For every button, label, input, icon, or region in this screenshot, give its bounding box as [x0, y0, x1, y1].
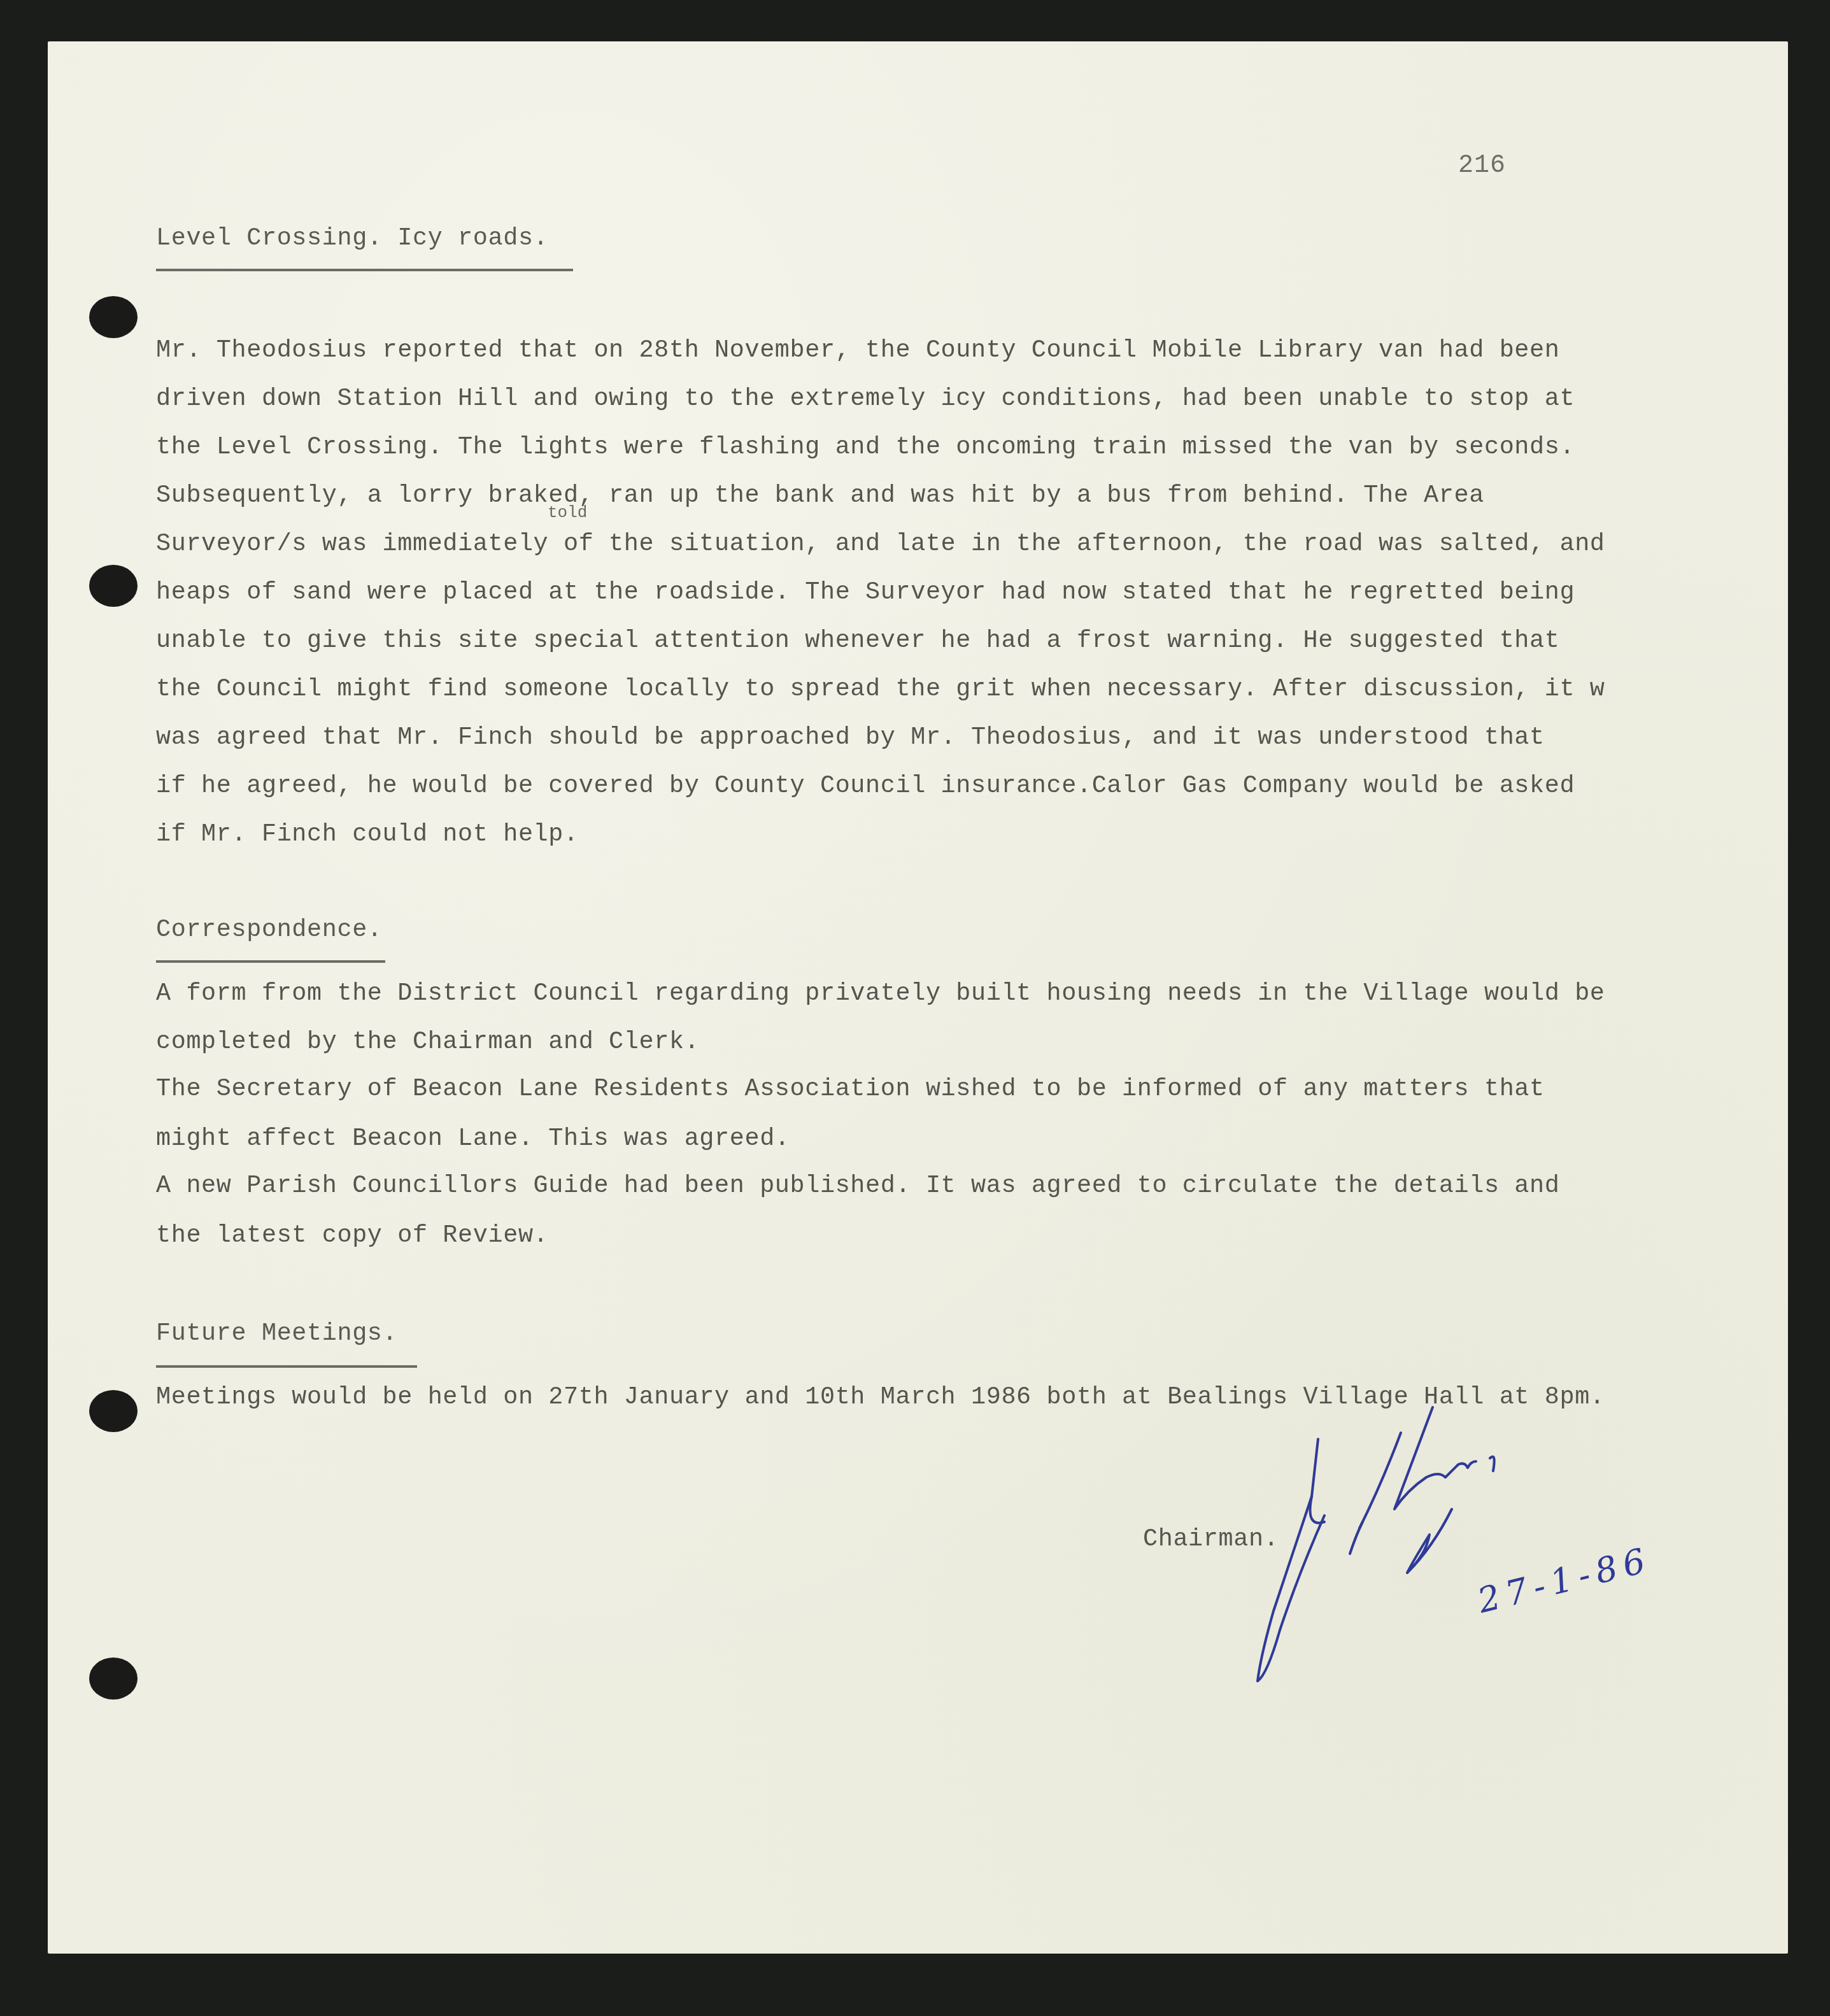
text-line: A form from the District Council regardi… [156, 979, 1605, 1007]
text-line: if he agreed, he would be covered by Cou… [156, 772, 1575, 800]
heading-underline [156, 269, 573, 271]
heading-underline [156, 960, 385, 963]
text-line: the Level Crossing. The lights were flas… [156, 433, 1575, 461]
punch-hole [89, 1658, 138, 1700]
text-line: the latest copy of Review. [156, 1221, 548, 1249]
punch-hole [89, 296, 138, 338]
text-line: driven down Station Hill and owing to th… [156, 385, 1575, 413]
text-line: Mr. Theodosius reported that on 28th Nov… [156, 336, 1559, 364]
text-line: heaps of sand were placed at the roadsid… [156, 578, 1575, 606]
text-line: unable to give this site special attenti… [156, 627, 1559, 655]
text-line: might affect Beacon Lane. This was agree… [156, 1125, 790, 1153]
punch-hole [89, 1390, 138, 1432]
punch-hole [89, 565, 138, 607]
section-heading-correspondence: Correspondence. [156, 916, 383, 944]
text-line: Subsequently, a lorry braked, ran up the… [156, 481, 1484, 509]
heading-underline [156, 1365, 417, 1368]
text-line: The Secretary of Beacon Lane Residents A… [156, 1075, 1545, 1103]
text-line: was agreed that Mr. Finch should be appr… [156, 723, 1545, 751]
page-number: 216 [1458, 152, 1506, 180]
typed-insertion-told: told [548, 503, 587, 522]
text-line: completed by the Chairman and Clerk. [156, 1028, 699, 1056]
text-line: A new Parish Councillors Guide had been … [156, 1172, 1559, 1200]
text-line: if Mr. Finch could not help. [156, 820, 579, 848]
section-heading-level-crossing: Level Crossing. Icy roads. [156, 224, 548, 252]
text-line: the Council might find someone locally t… [156, 675, 1605, 703]
section-heading-future-meetings: Future Meetings. [156, 1319, 397, 1347]
text-line: Surveyor/s was immediately of the situat… [156, 530, 1605, 558]
